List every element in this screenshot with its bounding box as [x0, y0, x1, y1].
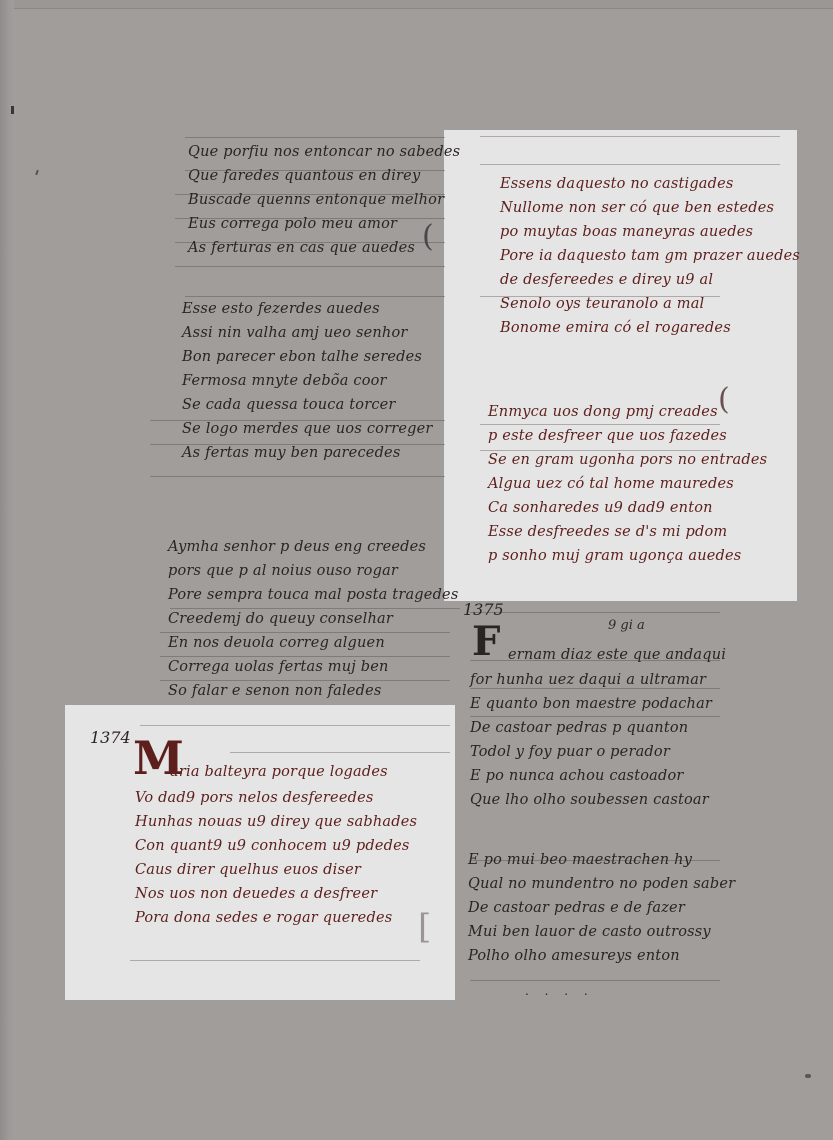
verse-line: Con quant9 u9 conhocem u9 pdedes — [135, 834, 417, 858]
verse-line: E po mui beo maestrachen hy — [468, 848, 735, 872]
verse-line: Vo dad9 pors nelos desfereedes — [135, 786, 417, 810]
left-stanza-2: Esse esto fezerdes auedes Assi nin valha… — [182, 297, 433, 465]
verse-line: Algua uez có tal home mauredes — [488, 472, 767, 496]
verse-line: de desfereedes e direy u9 al — [500, 268, 800, 292]
verse-line: p este desfreer que uos fazedes — [488, 424, 767, 448]
marginal-gloss: 9 gi a — [608, 618, 645, 633]
margin-bracket-mark: ( — [422, 222, 434, 252]
poem-1375-first-line: ernam diaz este que andaqui — [508, 643, 726, 667]
verse-line: Essens daquesto no castigades — [500, 172, 800, 196]
faded-bracket-mark: [ — [418, 910, 431, 944]
verse-line: Nos uos non deuedes a desfreer — [135, 882, 417, 906]
verse-line: E quanto bon maestre podachar — [470, 692, 712, 716]
verse-line: Esse esto fezerdes auedes — [182, 297, 433, 321]
verse-line: De castoar pedras e de fazer — [468, 896, 735, 920]
verse-line: Todol y foy puar o perador — [470, 740, 712, 764]
poem-number-1374: 1374 — [90, 728, 131, 747]
right-stanza-2: Enmyca uos dong pmj creades p este desfr… — [488, 400, 767, 568]
poem-1375-stanza-2: E po mui beo maestrachen hy Qual no mund… — [468, 848, 735, 968]
decorated-initial-f: F — [472, 622, 500, 662]
page-top-edge — [14, 0, 833, 9]
verse-line: De castoar pedras p quanton — [470, 716, 712, 740]
verse-line: Que faredes quantous en direy — [188, 164, 460, 188]
verse-line: aria balteyra porque logades — [170, 760, 388, 784]
verse-line: As ferturas en cas que auedes — [188, 236, 460, 260]
verse-line: Polho olho amesureys enton — [468, 944, 735, 968]
verse-line: Que porfiu nos entoncar no sabedes — [188, 140, 460, 164]
stray-ink-mark — [35, 170, 39, 175]
poem-1374-text-cont: Vo dad9 pors nelos desfereedes Hunhas no… — [135, 786, 417, 930]
verse-line: po muytas boas maneyras auedes — [500, 220, 800, 244]
verse-line: Enmyca uos dong pmj creades — [488, 400, 767, 424]
poem-1374-text: aria balteyra porque logades — [170, 760, 388, 784]
verse-line: Esse desfreedes se d's mi pdom — [488, 520, 767, 544]
verse-line: Pora dona sedes e rogar queredes — [135, 906, 417, 930]
verse-line: Creedemj do queuy conselhar — [168, 607, 458, 631]
verse-line: Pore sempra touca mal posta tragedes — [168, 583, 458, 607]
verse-line: Que lho olho soubessen castoar — [470, 788, 712, 812]
verse-line: En nos deuola correg alguen — [168, 631, 458, 655]
trailing-ink-dots: . . . . — [525, 984, 594, 998]
verse-line: Aymha senhor p deus eng creedes — [168, 535, 458, 559]
verse-line: Assi nin valha amj ueo senhor — [182, 321, 433, 345]
right-stanza-1: Essens daquesto no castigades Nullome no… — [500, 172, 800, 340]
page-corner-mark — [805, 1074, 811, 1078]
verse-line: Correga uolas fertas muj ben — [168, 655, 458, 679]
verse-line: Senolo oys teuranolo a mal — [500, 292, 800, 316]
verse-line: Buscade quenns entonque melhor — [188, 188, 460, 212]
poem-number-1375: 1375 — [463, 600, 504, 619]
verse-line: ernam diaz este que andaqui — [508, 643, 726, 667]
verse-line: Se logo merdes que uos correger — [182, 417, 433, 441]
poem-1375-stanza-1: for hunha uez daqui a ultramar E quanto … — [470, 668, 712, 812]
verse-line: pors que p al noius ouso rogar — [168, 559, 458, 583]
page-binding-edge — [0, 0, 14, 1140]
verse-line: Ca sonharedes u9 dad9 enton — [488, 496, 767, 520]
left-stanza-3: Aymha senhor p deus eng creedes pors que… — [168, 535, 458, 703]
verse-line: Hunhas nouas u9 direy que sabhades — [135, 810, 417, 834]
verse-line: p sonho muj gram ugonça auedes — [488, 544, 767, 568]
verse-line: E po nunca achou castoador — [470, 764, 712, 788]
verse-line: Bonome emira có el rogaredes — [500, 316, 800, 340]
left-stanza-1: Que porfiu nos entoncar no sabedes Que f… — [188, 140, 460, 260]
verse-line: Pore ia daquesto tam gm prazer auedes — [500, 244, 800, 268]
verse-line: As fertas muy ben parecedes — [182, 441, 433, 465]
verse-line: Se cada quessa touca torcer — [182, 393, 433, 417]
verse-line: Eus correga polo meu amor — [188, 212, 460, 236]
verse-line: Qual no mundentro no poden saber — [468, 872, 735, 896]
verse-line: Bon parecer ebon talhe seredes — [182, 345, 433, 369]
verse-line: So falar e senon non faledes — [168, 679, 458, 703]
verse-line: Se en gram ugonha pors no entrades — [488, 448, 767, 472]
verse-line: Nullome non ser có que ben estedes — [500, 196, 800, 220]
verse-line: for hunha uez daqui a ultramar — [470, 668, 712, 692]
margin-mark — [11, 106, 14, 114]
verse-line: Caus direr quelhus euos diser — [135, 858, 417, 882]
verse-line: Mui ben lauor de casto outrossy — [468, 920, 735, 944]
verse-line: Fermosa mnyte debõa coor — [182, 369, 433, 393]
